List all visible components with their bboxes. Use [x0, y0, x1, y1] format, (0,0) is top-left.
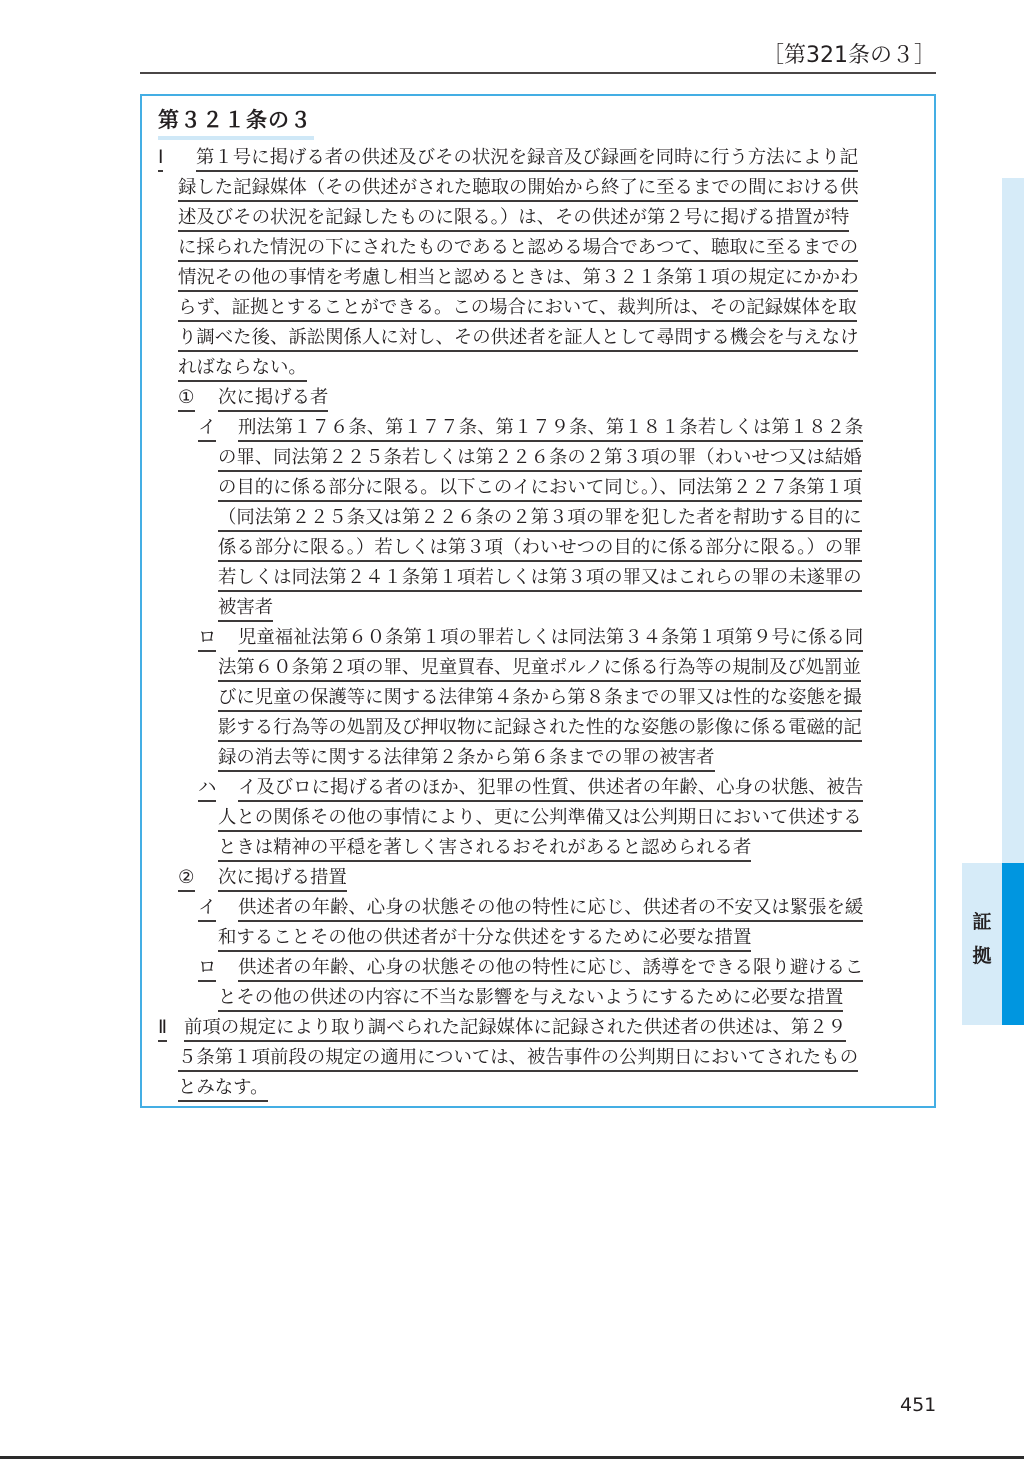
text-line: らず、証拠とすることができる。この場合において、裁判所は、その記録媒体を取: [158, 294, 922, 324]
text-line: とみなす。: [158, 1074, 922, 1104]
side-index-label-char-1: 証: [962, 905, 1002, 939]
text-line: とその他の供述の内容に不当な影響を与えないようにするために必要な措置: [158, 984, 922, 1014]
line-text: 録の消去等に関する法律第２条から第６条までの罪の被害者: [218, 746, 715, 772]
text-line: の罪、同法第２２５条若しくは第２２６条の２第３項の罪（わいせつ又は結婚: [158, 444, 922, 474]
line-text: ればならない。: [178, 356, 307, 382]
line-text: に採られた情況の下にされたものであると認める場合であつて、聴取に至るまでの: [178, 236, 858, 262]
line-text: 児童福祉法第６０条第１項の罪若しくは同法第３４条第１項第９号に係る同: [238, 626, 863, 652]
line-text: イ及びロに掲げる者のほか、犯罪の性質、供述者の年齢、心身の状態、被告: [238, 776, 863, 802]
text-line: ロ供述者の年齢、心身の状態その他の特性に応じ、誘導をできる限り避けるこ: [158, 954, 922, 984]
text-line: り調べた後、訴訟関係人に対し、その供述者を証人として尋問する機会を与えなけ: [158, 324, 922, 354]
text-line: 影する行為等の処罰及び押収物に記録された性的な姿態の影像に係る電磁的記: [158, 714, 922, 744]
line-text: 刑法第１７６条、第１７７条、第１７９条、第１８１条若しくは第１８２条: [238, 416, 863, 442]
text-line: びに児童の保護等に関する法律第４条から第８条までの罪又は性的な姿態を撮: [158, 684, 922, 714]
line-text: 録した記録媒体（その供述がされた聴取の開始から終了に至るまでの間における供: [178, 176, 858, 202]
line-text: 前項の規定により取り調べられた記録媒体に記録された供述者の供述は、第２９: [184, 1016, 846, 1042]
text-line: 録の消去等に関する法律第２条から第６条までの罪の被害者: [158, 744, 922, 774]
text-line: 若しくは同法第２４１条第１項若しくは第３項の罪又はこれらの罪の未遂罪の: [158, 564, 922, 594]
line-text: 法第６０条第２項の罪、児童買春、児童ポルノに係る行為等の規制及び処罰並: [218, 656, 861, 682]
text-line: 情況その他の事情を考慮し相当と認めるときは、第３２１条第１項の規定にかかわ: [158, 264, 922, 294]
text-line: 被害者: [158, 594, 922, 624]
running-head: ［第321条の３］: [140, 40, 936, 74]
line-text: の罪、同法第２２５条若しくは第２２６条の２第３項の罪（わいせつ又は結婚: [218, 446, 862, 472]
text-line: の目的に係る部分に限る。以下このイにおいて同じ。）、同法第２２７条第１項: [158, 474, 922, 504]
line-text: とその他の供述の内容に不当な影響を与えないようにするために必要な措置: [218, 986, 843, 1012]
item-marker: ロ: [198, 956, 216, 982]
line-text: 供述者の年齢、心身の状態その他の特性に応じ、誘導をできる限り避けるこ: [238, 956, 863, 982]
line-text: 次に掲げる措置: [218, 866, 347, 892]
line-text: 被害者: [218, 596, 273, 622]
item-marker: ロ: [198, 626, 216, 652]
article-text-body: Ⅰ第１号に掲げる者の供述及びその状況を録音及び録画を同時に行う方法により記録した…: [158, 144, 922, 1104]
text-line: イ供述者の年齢、心身の状態その他の特性に応じ、供述者の不安又は緊張を緩: [158, 894, 922, 924]
text-line: ときは精神の平穏を著しく害されるおそれがあると認められる者: [158, 834, 922, 864]
line-text: ときは精神の平穏を著しく害されるおそれがあると認められる者: [218, 836, 751, 862]
line-text: ５条第１項前段の規定の適用については、被告事件の公判期日においてされたもの: [178, 1046, 858, 1072]
line-text: 人との関係その他の事情により、更に公判準備又は公判期日において供述する: [218, 806, 862, 832]
text-line: 法第６０条第２項の罪、児童買春、児童ポルノに係る行為等の規制及び処罰並: [158, 654, 922, 684]
text-line: イ刑法第１７６条、第１７７条、第１７９条、第１８１条若しくは第１８２条: [158, 414, 922, 444]
line-text: り調べた後、訴訟関係人に対し、その供述者を証人として尋問する機会を与えなけ: [178, 326, 858, 352]
line-text: 述及びその状況を記録したものに限る。）は、その供述が第２号に掲げる措置が特: [178, 206, 849, 232]
line-text: 若しくは同法第２４１条第１項若しくは第３項の罪又はこれらの罪の未遂罪の: [218, 566, 862, 592]
text-line: 係る部分に限る。）若しくは第３項（わいせつの目的に係る部分に限る。）の罪: [158, 534, 922, 564]
text-line: Ⅰ第１号に掲げる者の供述及びその状況を録音及び録画を同時に行う方法により記: [158, 144, 922, 174]
side-index-label: 証 拠: [962, 905, 1002, 973]
item-marker: ②: [178, 866, 195, 892]
line-text: 係る部分に限る。）若しくは第３項（わいせつの目的に係る部分に限る。）の罪: [218, 536, 862, 562]
page-number: 451: [900, 1394, 936, 1416]
line-text: 供述者の年齢、心身の状態その他の特性に応じ、供述者の不安又は緊張を緩: [238, 896, 863, 922]
text-line: 人との関係その他の事情により、更に公判準備又は公判期日において供述する: [158, 804, 922, 834]
item-marker: ハ: [198, 776, 216, 802]
side-index-tab: 証 拠: [962, 863, 1002, 1025]
text-line: 述及びその状況を記録したものに限る。）は、その供述が第２号に掲げる措置が特: [158, 204, 922, 234]
line-text: 和することその他の供述者が十分な供述をするために必要な措置: [218, 926, 751, 952]
side-index-active-marker: [1002, 863, 1024, 1025]
item-marker: イ: [198, 416, 216, 442]
text-line: （同法第２２５条又は第２２６条の２第３項の罪を犯した者を幇助する目的に: [158, 504, 922, 534]
line-text: 情況その他の事情を考慮し相当と認めるときは、第３２１条第１項の規定にかかわ: [178, 266, 858, 292]
article-title: 第３２１条の３: [158, 106, 312, 134]
item-marker: Ⅱ: [158, 1016, 167, 1042]
text-line: ロ児童福祉法第６０条第１項の罪若しくは同法第３４条第１項第９号に係る同: [158, 624, 922, 654]
text-line: 和することその他の供述者が十分な供述をするために必要な措置: [158, 924, 922, 954]
item-marker: Ⅰ: [158, 146, 163, 172]
article-box: 第３２１条の３ Ⅰ第１号に掲げる者の供述及びその状況を録音及び録画を同時に行う方…: [140, 94, 936, 1108]
line-text: 次に掲げる者: [218, 386, 328, 412]
side-index-label-char-2: 拠: [962, 939, 1002, 973]
line-text: 影する行為等の処罰及び押収物に記録された性的な姿態の影像に係る電磁的記: [218, 716, 862, 742]
line-text: びに児童の保護等に関する法律第４条から第８条までの罪又は性的な姿態を撮: [218, 686, 862, 712]
text-line: ハイ及びロに掲げる者のほか、犯罪の性質、供述者の年齢、心身の状態、被告: [158, 774, 922, 804]
line-text: とみなす。: [178, 1076, 268, 1102]
item-marker: ①: [178, 386, 195, 412]
line-text: （同法第２２５条又は第２２６条の２第３項の罪を犯した者を幇助する目的に: [218, 506, 862, 532]
text-line: に採られた情況の下にされたものであると認める場合であつて、聴取に至るまでの: [158, 234, 922, 264]
text-line: 録した記録媒体（その供述がされた聴取の開始から終了に至るまでの間における供: [158, 174, 922, 204]
text-line: ５条第１項前段の規定の適用については、被告事件の公判期日においてされたもの: [158, 1044, 922, 1074]
text-line: ①次に掲げる者: [158, 384, 922, 414]
text-line: ②次に掲げる措置: [158, 864, 922, 894]
line-text: の目的に係る部分に限る。以下このイにおいて同じ。）、同法第２２７条第１項: [218, 476, 862, 502]
text-line: Ⅱ前項の規定により取り調べられた記録媒体に記録された供述者の供述は、第２９: [158, 1014, 922, 1044]
item-marker: イ: [198, 896, 216, 922]
line-text: 第１号に掲げる者の供述及びその状況を録音及び録画を同時に行う方法により記: [196, 146, 858, 172]
title-underline: [158, 136, 314, 140]
text-line: ればならない。: [158, 354, 922, 384]
line-text: らず、証拠とすることができる。この場合において、裁判所は、その記録媒体を取: [178, 296, 857, 322]
